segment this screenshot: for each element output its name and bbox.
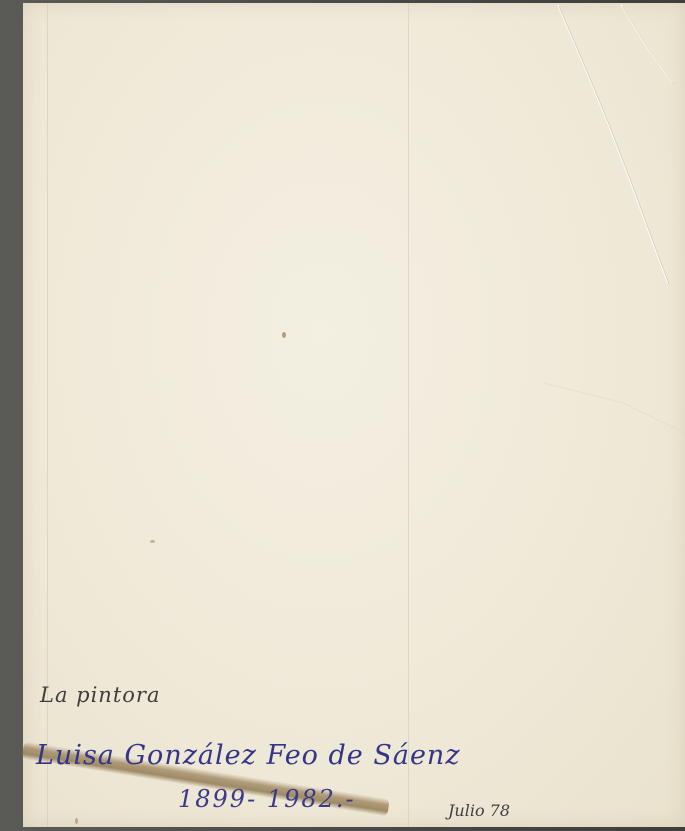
stain-spot bbox=[150, 540, 155, 543]
paper-fold-line bbox=[408, 3, 409, 827]
photo-back: La pintora Luisa González Feo de Sáenz 1… bbox=[23, 3, 685, 827]
inscription-dates: 1899- 1982.- bbox=[178, 785, 356, 813]
inscription-date-note: Julio 78 bbox=[448, 801, 510, 820]
inscription-name: Luisa González Feo de Sáenz bbox=[36, 740, 461, 771]
stain-spot bbox=[282, 332, 286, 338]
inscription-title: La pintora bbox=[40, 683, 160, 707]
stain-spot bbox=[75, 818, 78, 824]
